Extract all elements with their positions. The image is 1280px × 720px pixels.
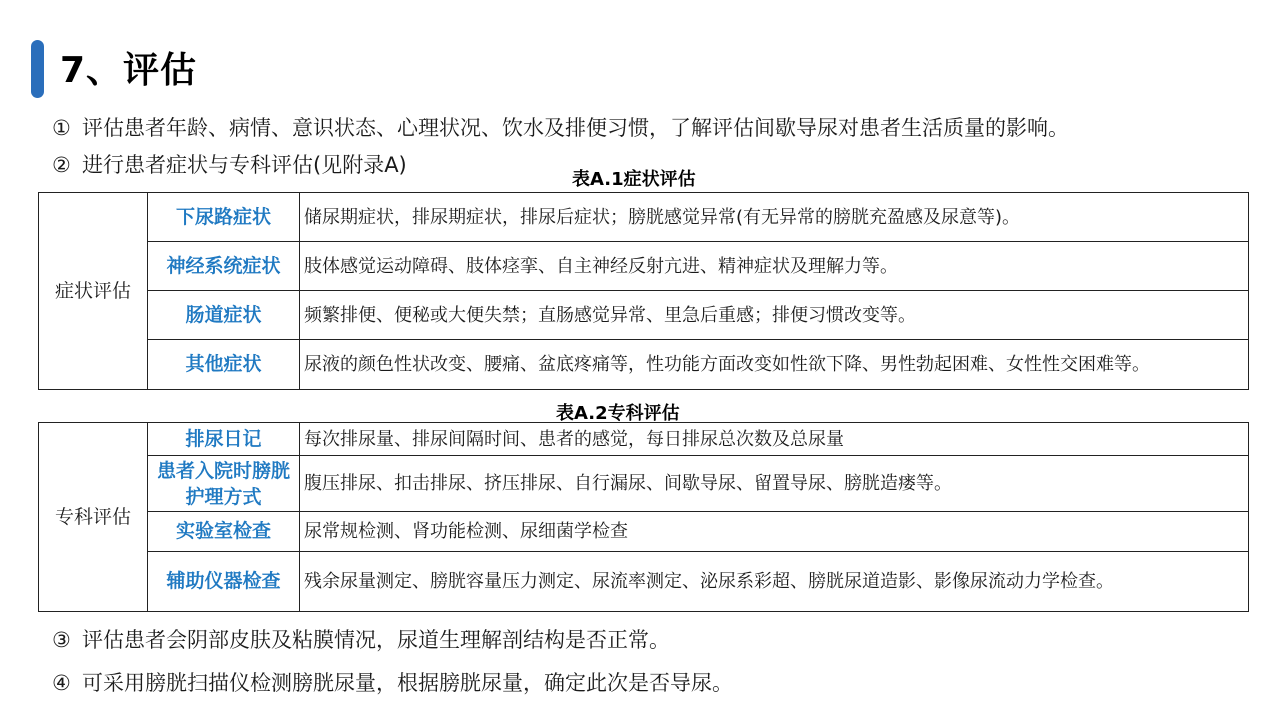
row-desc: 储尿期症状，排尿期症状，排尿后症状；膀胱感觉异常(有无异常的膀胱充盈感及尿意等)… [300,193,1249,242]
row-desc: 腹压排尿、扣击排尿、挤压排尿、自行漏尿、间歇导尿、留置导尿、膀胱造瘘等。 [300,456,1249,512]
row-desc: 肢体感觉运动障碍、肢体痉挛、自主神经反射亢进、精神症状及理解力等。 [300,242,1249,291]
list-item-3: ③评估患者会阴部皮肤及粘膜情况，尿道生理解剖结构是否正常。 [52,624,670,654]
list-item-4: ④可采用膀胱扫描仪检测膀胱尿量，根据膀胱尿量，确定此次是否导尿。 [52,667,733,697]
row-desc: 残余尿量测定、膀胱容量压力测定、尿流率测定、泌尿系彩超、膀胱尿道造影、影像尿流动… [300,552,1249,612]
symptom-assessment-table: 症状评估 下尿路症状 储尿期症状，排尿期症状，排尿后症状；膀胱感觉异常(有无异常… [38,192,1249,390]
row-desc: 尿液的颜色性状改变、腰痛、盆底疼痛等，性功能方面改变如性欲下降、男性勃起困难、女… [300,340,1249,390]
item-text: 可采用膀胱扫描仪检测膀胱尿量，根据膀胱尿量，确定此次是否导尿。 [82,671,733,695]
row-desc: 每次排尿量、排尿间隔时间、患者的感觉，每日排尿总次数及总尿量 [300,423,1249,456]
table-row: 辅助仪器检查 残余尿量测定、膀胱容量压力测定、尿流率测定、泌尿系彩超、膀胱尿道造… [39,552,1249,612]
row-label: 下尿路症状 [148,193,300,242]
table-row: 患者入院时膀胱护理方式 腹压排尿、扣击排尿、挤压排尿、自行漏尿、间歇导尿、留置导… [39,456,1249,512]
category-cell: 专科评估 [39,423,148,612]
item-text: 评估患者年龄、病情、意识状态、心理状况、饮水及排便习惯，了解评估间歇导尿对患者生… [82,116,1069,140]
specialty-assessment-table: 专科评估 排尿日记 每次排尿量、排尿间隔时间、患者的感觉，每日排尿总次数及总尿量… [38,422,1249,612]
list-item-2: ②进行患者症状与专科评估(见附录A) [52,149,407,179]
item-number: ④ [52,671,82,695]
category-cell: 症状评估 [39,193,148,390]
table-row: 专科评估 排尿日记 每次排尿量、排尿间隔时间、患者的感觉，每日排尿总次数及总尿量 [39,423,1249,456]
row-desc: 尿常规检测、肾功能检测、尿细菌学检查 [300,512,1249,552]
item-text: 评估患者会阴部皮肤及粘膜情况，尿道生理解剖结构是否正常。 [82,628,670,652]
item-number: ① [52,116,82,140]
table-row: 其他症状 尿液的颜色性状改变、腰痛、盆底疼痛等，性功能方面改变如性欲下降、男性勃… [39,340,1249,390]
page-title: 7、评估 [60,42,197,93]
row-label: 神经系统症状 [148,242,300,291]
table-row: 实验室检查 尿常规检测、肾功能检测、尿细菌学检查 [39,512,1249,552]
item-text: 进行患者症状与专科评估(见附录A) [82,153,407,177]
item-number: ② [52,153,82,177]
row-label: 患者入院时膀胱护理方式 [148,456,300,512]
table-row: 神经系统症状 肢体感觉运动障碍、肢体痉挛、自主神经反射亢进、精神症状及理解力等。 [39,242,1249,291]
table1-caption: 表A.1症状评估 [572,165,696,191]
row-label: 排尿日记 [148,423,300,456]
title-accent-bar [31,40,44,98]
table-row: 症状评估 下尿路症状 储尿期症状，排尿期症状，排尿后症状；膀胱感觉异常(有无异常… [39,193,1249,242]
row-label: 肠道症状 [148,291,300,340]
row-label: 辅助仪器检查 [148,552,300,612]
table-row: 肠道症状 频繁排便、便秘或大便失禁；直肠感觉异常、里急后重感；排便习惯改变等。 [39,291,1249,340]
row-desc: 频繁排便、便秘或大便失禁；直肠感觉异常、里急后重感；排便习惯改变等。 [300,291,1249,340]
row-label: 其他症状 [148,340,300,390]
list-item-1: ①评估患者年龄、病情、意识状态、心理状况、饮水及排便习惯，了解评估间歇导尿对患者… [52,112,1069,142]
row-label: 实验室检查 [148,512,300,552]
item-number: ③ [52,628,82,652]
